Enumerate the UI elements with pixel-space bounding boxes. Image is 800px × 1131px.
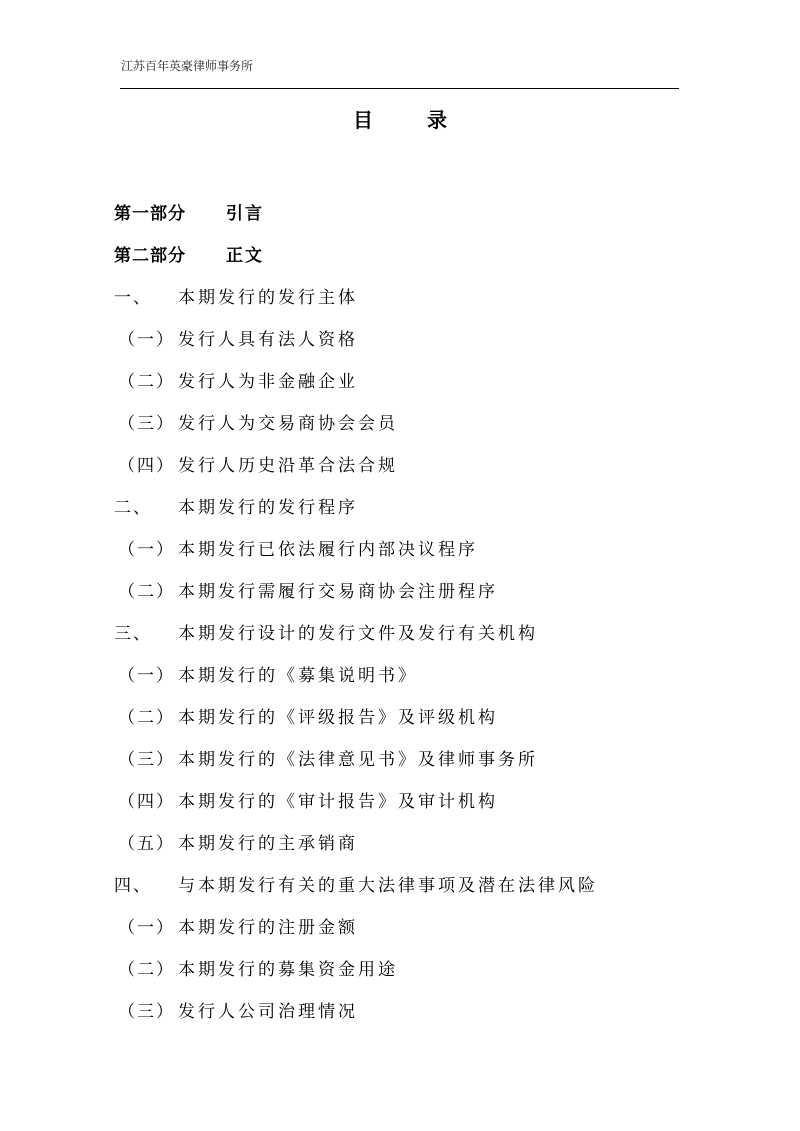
toc-entry-text: 本期发行的《募集说明书》	[178, 661, 418, 686]
toc-entry-number: （二）	[114, 367, 178, 392]
toc-entry-text: 本期发行的募集资金用途	[178, 955, 398, 980]
toc-entry-text: 本期发行已依法履行内部决议程序	[178, 535, 478, 560]
toc-entry-sub[interactable]: （三）发行人公司治理情况	[114, 988, 598, 1030]
table-of-contents: 第一部分引言第二部分正文一、本期发行的发行主体（一）发行人具有法人资格（二）发行…	[114, 190, 598, 1030]
page-header-org-name: 江苏百年英豪律师事务所	[121, 57, 253, 74]
toc-entry-number: 二、	[114, 493, 178, 518]
toc-entry-number: （四）	[114, 787, 178, 812]
toc-entry-text: 本期发行需履行交易商协会注册程序	[178, 577, 498, 602]
toc-entry-number: （二）	[114, 577, 178, 602]
toc-entry-number: （三）	[114, 409, 178, 434]
toc-entry-text: 发行人为非金融企业	[178, 367, 358, 392]
toc-entry-sub[interactable]: （二）本期发行的募集资金用途	[114, 946, 598, 988]
toc-entry-sub[interactable]: （二）本期发行的《评级报告》及评级机构	[114, 694, 598, 736]
toc-title-char-1: 目	[353, 104, 373, 133]
toc-entry-number: 第一部分	[114, 199, 226, 224]
toc-entry-text: 本期发行的《评级报告》及评级机构	[178, 703, 498, 728]
toc-entry-sub[interactable]: （一）本期发行的注册金额	[114, 904, 598, 946]
toc-entry-number: 四、	[114, 871, 178, 896]
toc-entry-text: 本期发行的《法律意见书》及律师事务所	[178, 745, 538, 770]
toc-entry-sub[interactable]: （四）发行人历史沿革合法合规	[114, 442, 598, 484]
toc-entry-sub[interactable]: （四）本期发行的《审计报告》及审计机构	[114, 778, 598, 820]
toc-entry-text: 与本期发行有关的重大法律事项及潜在法律风险	[178, 871, 598, 896]
toc-entry-text: 发行人具有法人资格	[178, 325, 358, 350]
toc-entry-sub[interactable]: （一）本期发行已依法履行内部决议程序	[114, 526, 598, 568]
toc-entry-text: 本期发行的《审计报告》及审计机构	[178, 787, 498, 812]
toc-entry-sub[interactable]: （一）发行人具有法人资格	[114, 316, 598, 358]
toc-entry-number: （一）	[114, 661, 178, 686]
toc-entry-text: 本期发行的发行程序	[178, 493, 358, 518]
toc-entry-sub[interactable]: （三）本期发行的《法律意见书》及律师事务所	[114, 736, 598, 778]
toc-entry-sub[interactable]: （二）本期发行需履行交易商协会注册程序	[114, 568, 598, 610]
toc-entry-sect[interactable]: 四、与本期发行有关的重大法律事项及潜在法律风险	[114, 862, 598, 904]
toc-entry-text: 正文	[226, 241, 264, 266]
toc-title: 目录	[0, 104, 800, 133]
toc-entry-text: 发行人为交易商协会会员	[178, 409, 398, 434]
toc-entry-number: （一）	[114, 535, 178, 560]
toc-title-char-2: 录	[427, 108, 447, 132]
toc-entry-number: 三、	[114, 619, 178, 644]
toc-entry-number: （二）	[114, 955, 178, 980]
toc-entry-text: 本期发行的主承销商	[178, 829, 358, 854]
toc-entry-number: （三）	[114, 997, 178, 1022]
toc-entry-number: （四）	[114, 451, 178, 476]
toc-entry-number: （一）	[114, 913, 178, 938]
header-divider	[120, 88, 679, 89]
toc-entry-number: 一、	[114, 283, 178, 308]
toc-entry-text: 本期发行的发行主体	[178, 283, 358, 308]
toc-entry-part[interactable]: 第二部分正文	[114, 232, 598, 274]
toc-entry-text: 发行人公司治理情况	[178, 997, 358, 1022]
toc-entry-sub[interactable]: （二）发行人为非金融企业	[114, 358, 598, 400]
toc-entry-text: 本期发行设计的发行文件及发行有关机构	[178, 619, 538, 644]
toc-entry-number: （一）	[114, 325, 178, 350]
toc-entry-sect[interactable]: 三、本期发行设计的发行文件及发行有关机构	[114, 610, 598, 652]
toc-entry-sect[interactable]: 一、本期发行的发行主体	[114, 274, 598, 316]
toc-entry-sub[interactable]: （五）本期发行的主承销商	[114, 820, 598, 862]
toc-entry-number: 第二部分	[114, 241, 226, 266]
toc-entry-text: 引言	[226, 199, 264, 224]
toc-entry-sub[interactable]: （一）本期发行的《募集说明书》	[114, 652, 598, 694]
toc-entry-text: 本期发行的注册金额	[178, 913, 358, 938]
toc-entry-sect[interactable]: 二、本期发行的发行程序	[114, 484, 598, 526]
toc-entry-number: （二）	[114, 703, 178, 728]
toc-entry-part[interactable]: 第一部分引言	[114, 190, 598, 232]
toc-entry-number: （三）	[114, 745, 178, 770]
toc-entry-text: 发行人历史沿革合法合规	[178, 451, 398, 476]
toc-entry-sub[interactable]: （三）发行人为交易商协会会员	[114, 400, 598, 442]
toc-entry-number: （五）	[114, 829, 178, 854]
